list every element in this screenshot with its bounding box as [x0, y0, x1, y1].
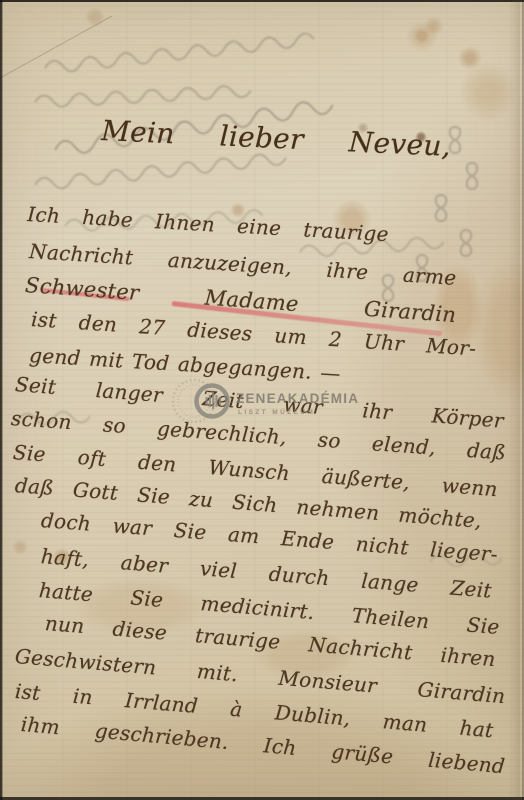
scan-edge-left [0, 0, 3, 800]
scanned-letter-page: Mein lieber Neveu, Ich habe Ihnen eine t… [0, 0, 524, 800]
letter-salutation: Mein lieber Neveu, [101, 114, 452, 163]
paper-crease [0, 16, 112, 78]
letter-line: Ich habe Ihnen eine traurige [27, 202, 390, 246]
paper-fold-seam [510, 0, 520, 800]
scan-edge-top [0, 0, 524, 2]
